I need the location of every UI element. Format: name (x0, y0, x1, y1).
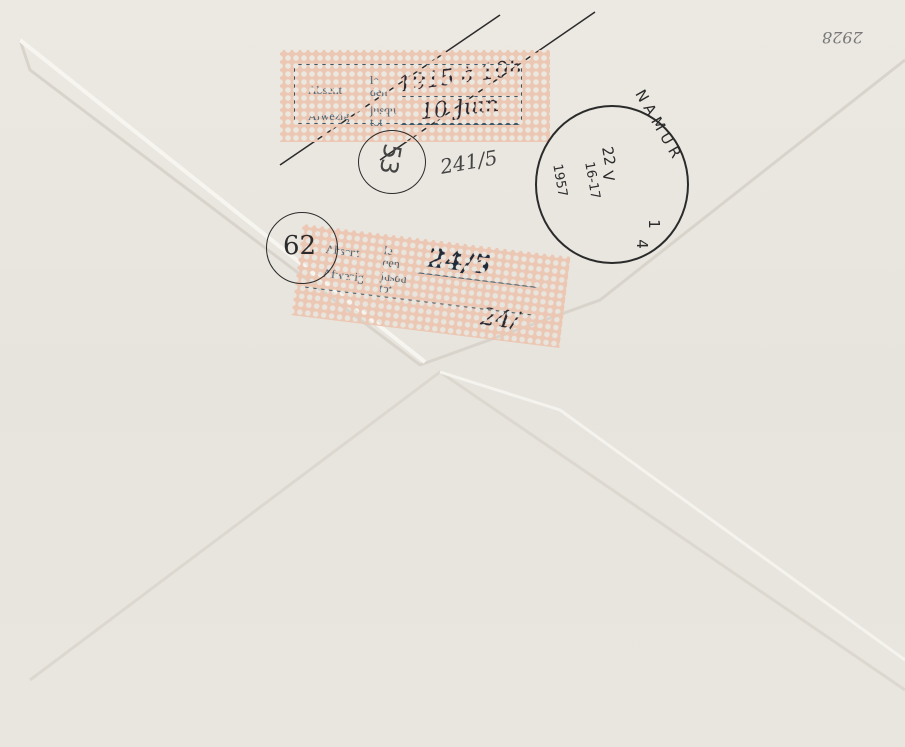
absent-label-1: Absent Afwezig le den jusqu tot 1915 à 1… (280, 50, 550, 142)
envelope-back: Absent Afwezig le den jusqu tot 1915 à 1… (0, 0, 905, 747)
tot-text: tot (370, 116, 383, 128)
postmark-time: 16-17 (581, 161, 602, 201)
postmark-namur: NAMUR 1 22 V 16-17 1957 4 (535, 105, 689, 264)
circle-stamp-62: 62 (266, 212, 338, 284)
den-text: den (370, 86, 387, 98)
tot-text: tot (379, 282, 393, 295)
postmark-day: 22 (598, 145, 619, 167)
postmark-suffix: 4 (633, 239, 651, 249)
postmark-month: V (598, 169, 618, 182)
absent-text: Absent (308, 84, 342, 96)
postmark-office: 1 (645, 219, 663, 229)
circle-stamp-53: 53 (358, 130, 426, 194)
pencil-corner-note: 2928 (822, 28, 863, 47)
postmark-year: 1957 (549, 163, 570, 198)
handwriting-month: 24/ (479, 302, 521, 334)
den-text: den (382, 256, 401, 270)
afwezig-text: Afwezig (308, 110, 349, 122)
